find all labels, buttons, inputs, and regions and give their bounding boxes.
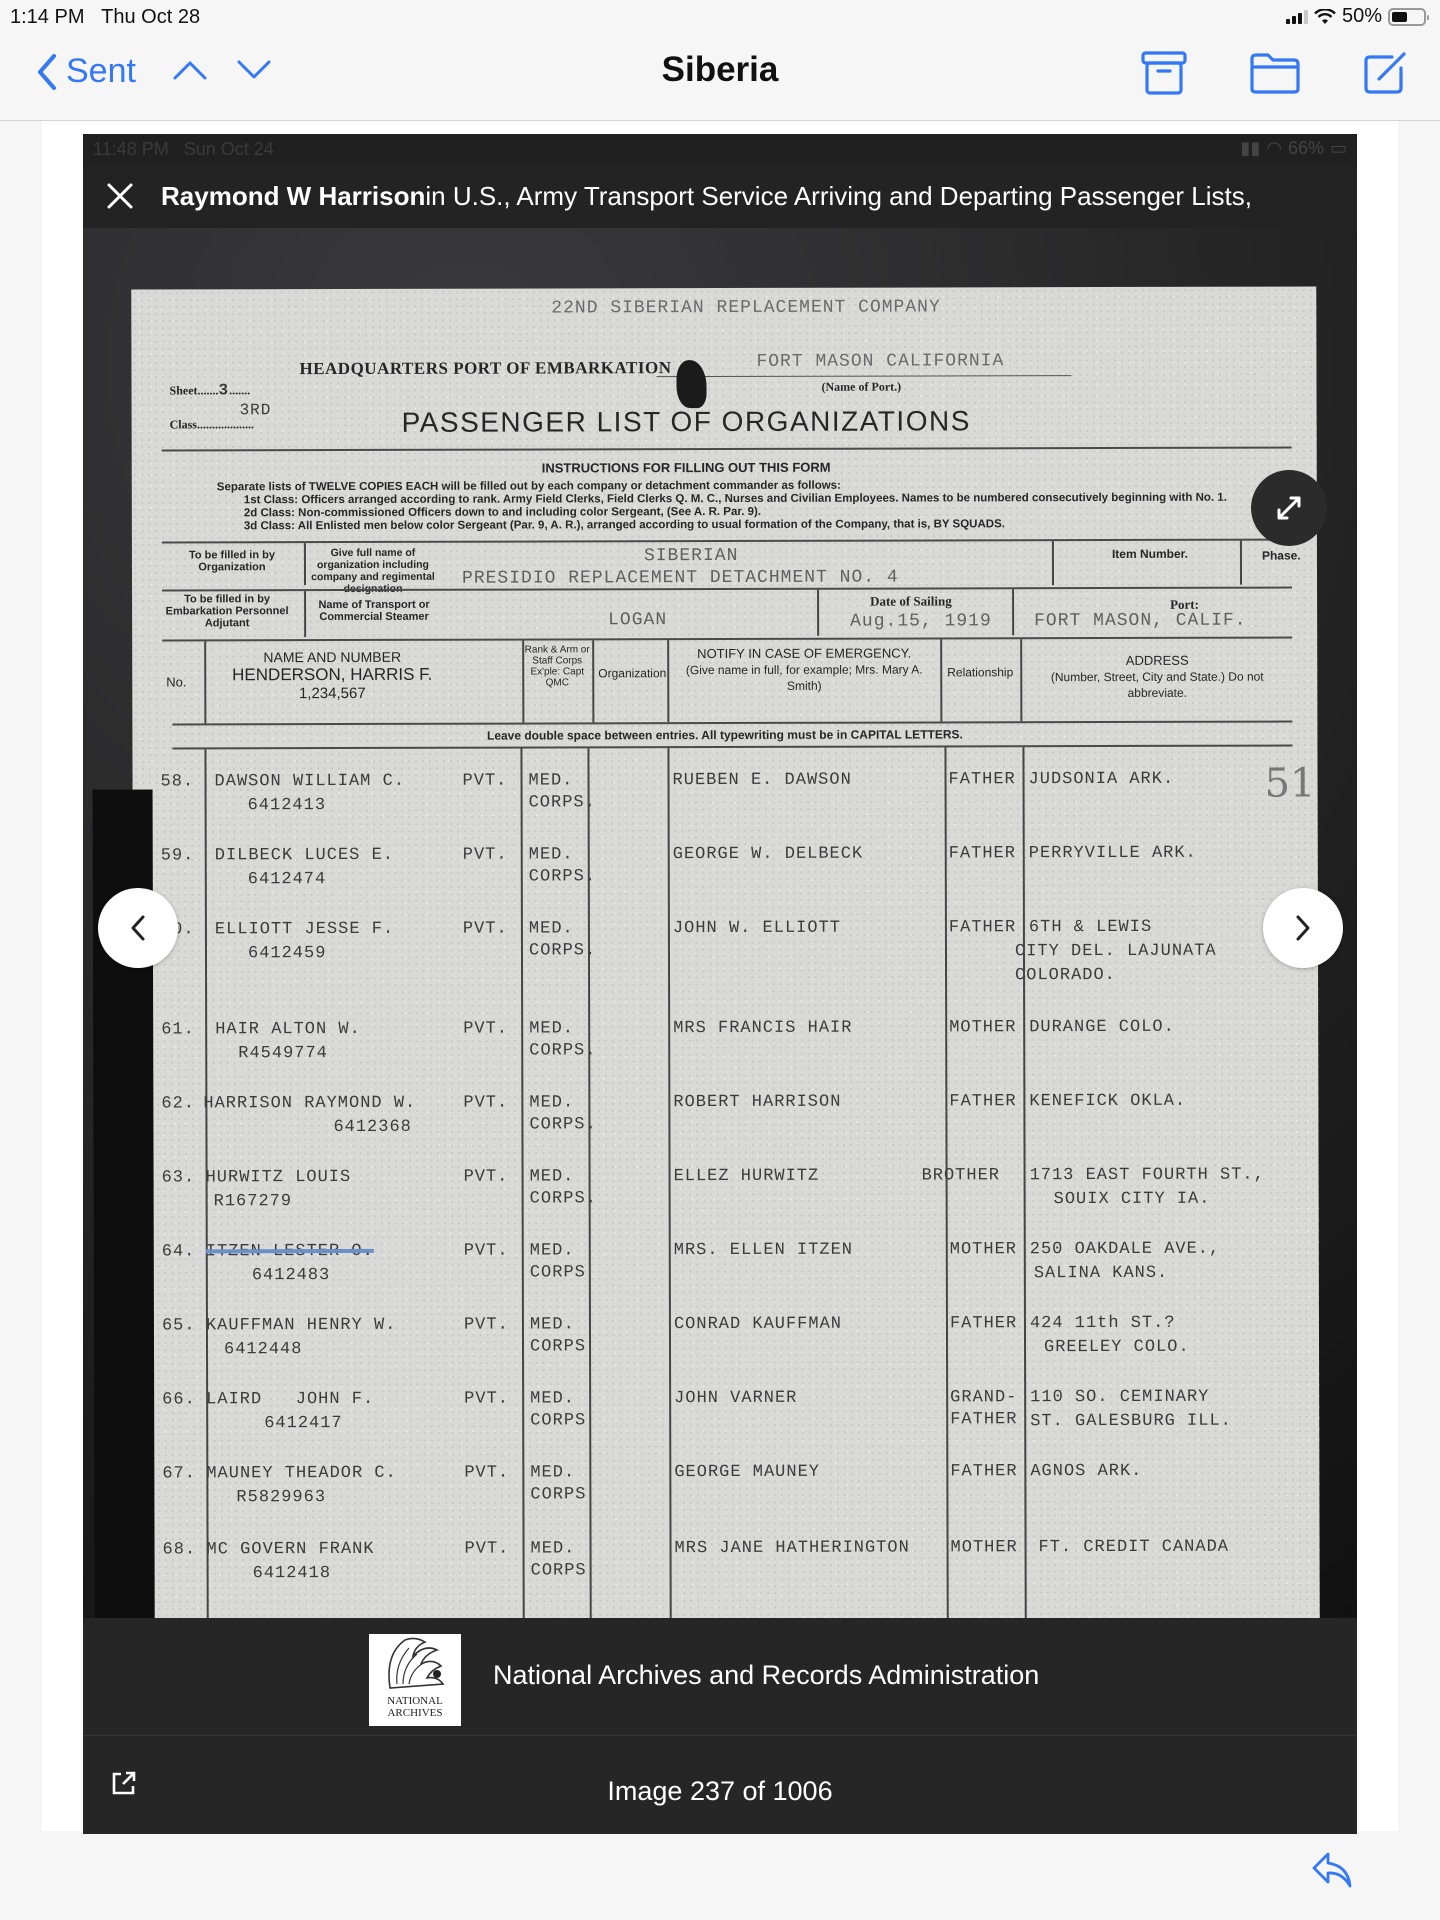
move-to-folder-button[interactable]	[1248, 50, 1302, 96]
col-no: No.	[166, 674, 186, 689]
chevron-up-icon	[172, 58, 208, 82]
attachment-status-bar: 11:48 PM Sun Oct 24 ▮▮◠66%▭	[83, 134, 1357, 164]
col-relationship: Relationship	[942, 665, 1018, 679]
attachment-signal-icon: ▮▮	[1240, 138, 1260, 159]
message-navigation	[172, 58, 272, 82]
status-time: 1:14 PM Thu Oct 28	[10, 6, 200, 29]
record-footer: NATIONAL ARCHIVES National Archives and …	[83, 1618, 1357, 1834]
port-name: FORT MASON CALIFORNIA	[756, 351, 1004, 372]
mail-actions	[1140, 50, 1410, 96]
table-row: 58. DAWSON WILLIAM C. 6412413 PVT. MED. …	[133, 768, 1318, 771]
back-label: Sent	[66, 52, 136, 91]
transport-field-label: Name of Transport or Commercial Steamer	[314, 599, 434, 623]
date-of-sailing-value: Aug.15, 1919	[850, 611, 992, 631]
org-value-line2: PRESIDIO REPLACEMENT DETACHMENT NO. 4	[462, 568, 899, 589]
status-indicators: 50%	[1286, 5, 1426, 28]
record-header: Raymond W Harrison in U.S., Army Transpo…	[83, 164, 1357, 228]
source-row: NATIONAL ARCHIVES National Archives and …	[83, 1618, 1357, 1736]
wifi-icon	[1314, 9, 1336, 25]
instructions-title: INSTRUCTIONS FOR FILLING OUT THIS FORM	[542, 460, 831, 476]
spacing-note: Leave double space between entries. All …	[132, 726, 1317, 743]
previous-image-button[interactable]	[98, 888, 178, 968]
status-bar: 1:14 PM Thu Oct 28 50%	[0, 0, 1440, 36]
archive-icon	[1140, 50, 1188, 96]
reply-button[interactable]	[1310, 1850, 1354, 1895]
previous-message-button[interactable]	[172, 58, 208, 82]
transport-filled-by: To be filled in by Embarkation Personnel…	[162, 593, 292, 629]
archive-button[interactable]	[1140, 50, 1188, 96]
passenger-list-document: 22ND SIBERIAN REPLACEMENT COMPANY HEADQU…	[131, 286, 1320, 1618]
attachment-battery-icon: ▭	[1330, 138, 1347, 159]
table-row: 65. KAUFFMAN HENRY W. 6412448 PVT. MED. …	[134, 1312, 1319, 1315]
chevron-down-icon	[236, 58, 272, 82]
org-value-line1: SIBERIAN	[644, 546, 738, 566]
col-address: ADDRESS (Number, Street, City and State.…	[1024, 653, 1290, 702]
table-row: 67. MAUNEY THEADOR C. R5829963 PVT. MED.…	[134, 1460, 1319, 1463]
form-title: PASSENGER LIST OF ORGANIZATIONS	[402, 405, 971, 438]
record-collection: in U.S., Army Transport Service Arriving…	[425, 181, 1252, 212]
compose-button[interactable]	[1362, 50, 1410, 96]
battery-icon	[1388, 8, 1426, 26]
image-counter: Image 237 of 1006	[83, 1776, 1357, 1807]
port-caption: (Name of Port.)	[821, 380, 901, 395]
folder-icon	[1248, 51, 1302, 95]
expand-arrows-icon	[1274, 493, 1304, 523]
battery-percent: 50%	[1342, 5, 1382, 28]
reply-arrow-icon	[1310, 1850, 1354, 1890]
col-org: Organization	[598, 666, 662, 680]
chevron-left-icon	[128, 913, 148, 943]
table-row: 61. HAIR ALTON W. R4549774 PVT. MED. COR…	[133, 1016, 1318, 1019]
table-row: 63. HURWITZ LOUIS R167279 PVT. MED. CORP…	[134, 1164, 1319, 1167]
table-row: 60. ELLIOTT JESSE F. 6412459 PVT. MED. C…	[133, 916, 1318, 919]
publisher-name: National Archives and Records Administra…	[493, 1660, 1039, 1691]
table-row: 66. LAIRD JOHN F. 6412417 PVT. MED. CORP…	[134, 1386, 1319, 1389]
instructions-body: Separate lists of TWELVE COPIES EACH wil…	[172, 479, 1292, 534]
company-stamp: 22ND SIBERIAN REPLACEMENT COMPANY	[551, 297, 941, 318]
next-message-button[interactable]	[236, 58, 272, 82]
record-person-name: Raymond W Harrison	[161, 181, 425, 212]
table-row: 68. MC GOVERN FRANK 6412418 PVT. MED. CO…	[135, 1536, 1320, 1539]
col-name: NAME AND NUMBER HENDERSON, HARRIS F. 1,2…	[206, 649, 458, 703]
attached-screenshot[interactable]: 11:48 PM Sun Oct 24 ▮▮◠66%▭ Raymond W Ha…	[83, 134, 1357, 1834]
table-row-highlighted-harrison: 62. HARRISON RAYMOND W. 6412368 PVT. MED…	[133, 1090, 1318, 1093]
org-filled-by: To be filled in by Organization	[172, 549, 292, 573]
attachment-wifi-icon: ◠	[1266, 138, 1282, 159]
document-viewer[interactable]: 22ND SIBERIAN REPLACEMENT COMPANY HEADQU…	[83, 228, 1357, 1618]
date-of-sailing-label: Date of Sailing	[870, 593, 952, 609]
back-button[interactable]: Sent	[36, 52, 136, 91]
col-rank: Rank & Arm or Staff Corps Ex'ple: Capt Q…	[524, 644, 590, 688]
national-archives-logo: NATIONAL ARCHIVES	[369, 1634, 461, 1726]
mail-nav-bar: Sent Siberia	[0, 36, 1440, 121]
chevron-right-icon	[1293, 913, 1313, 943]
transport-name: LOGAN	[608, 610, 667, 630]
compose-icon	[1362, 50, 1410, 96]
passenger-rows: 58. DAWSON WILLIAM C. 6412413 PVT. MED. …	[133, 768, 1318, 771]
hq-label: HEADQUARTERS PORT OF EMBARKATION	[299, 358, 671, 379]
item-number-label: Item Number.	[1112, 547, 1188, 561]
handwritten-page-note: 51	[1264, 760, 1315, 806]
phase-label: Phase.	[1262, 548, 1301, 562]
class-label: Class...................	[170, 417, 254, 432]
sheet-label: Sheet.......3.......	[169, 381, 250, 399]
fullscreen-button[interactable]	[1251, 470, 1327, 546]
table-row: 59. DILBECK LUCES E. 6412474 PVT. MED. C…	[133, 842, 1318, 845]
col-notify: NOTIFY IN CASE OF EMERGENCY. (Give name …	[672, 645, 936, 694]
cellular-signal-icon	[1286, 10, 1308, 24]
table-row: 64. ITZEN LESTER O. 6412483 PVT. MED. CO…	[134, 1238, 1319, 1241]
port-value: FORT MASON, CALIF.	[1034, 611, 1246, 632]
next-image-button[interactable]	[1263, 888, 1343, 968]
chevron-left-icon	[36, 53, 58, 91]
ink-blot	[676, 360, 706, 408]
close-icon[interactable]	[103, 179, 137, 213]
eagle-icon	[375, 1634, 455, 1692]
